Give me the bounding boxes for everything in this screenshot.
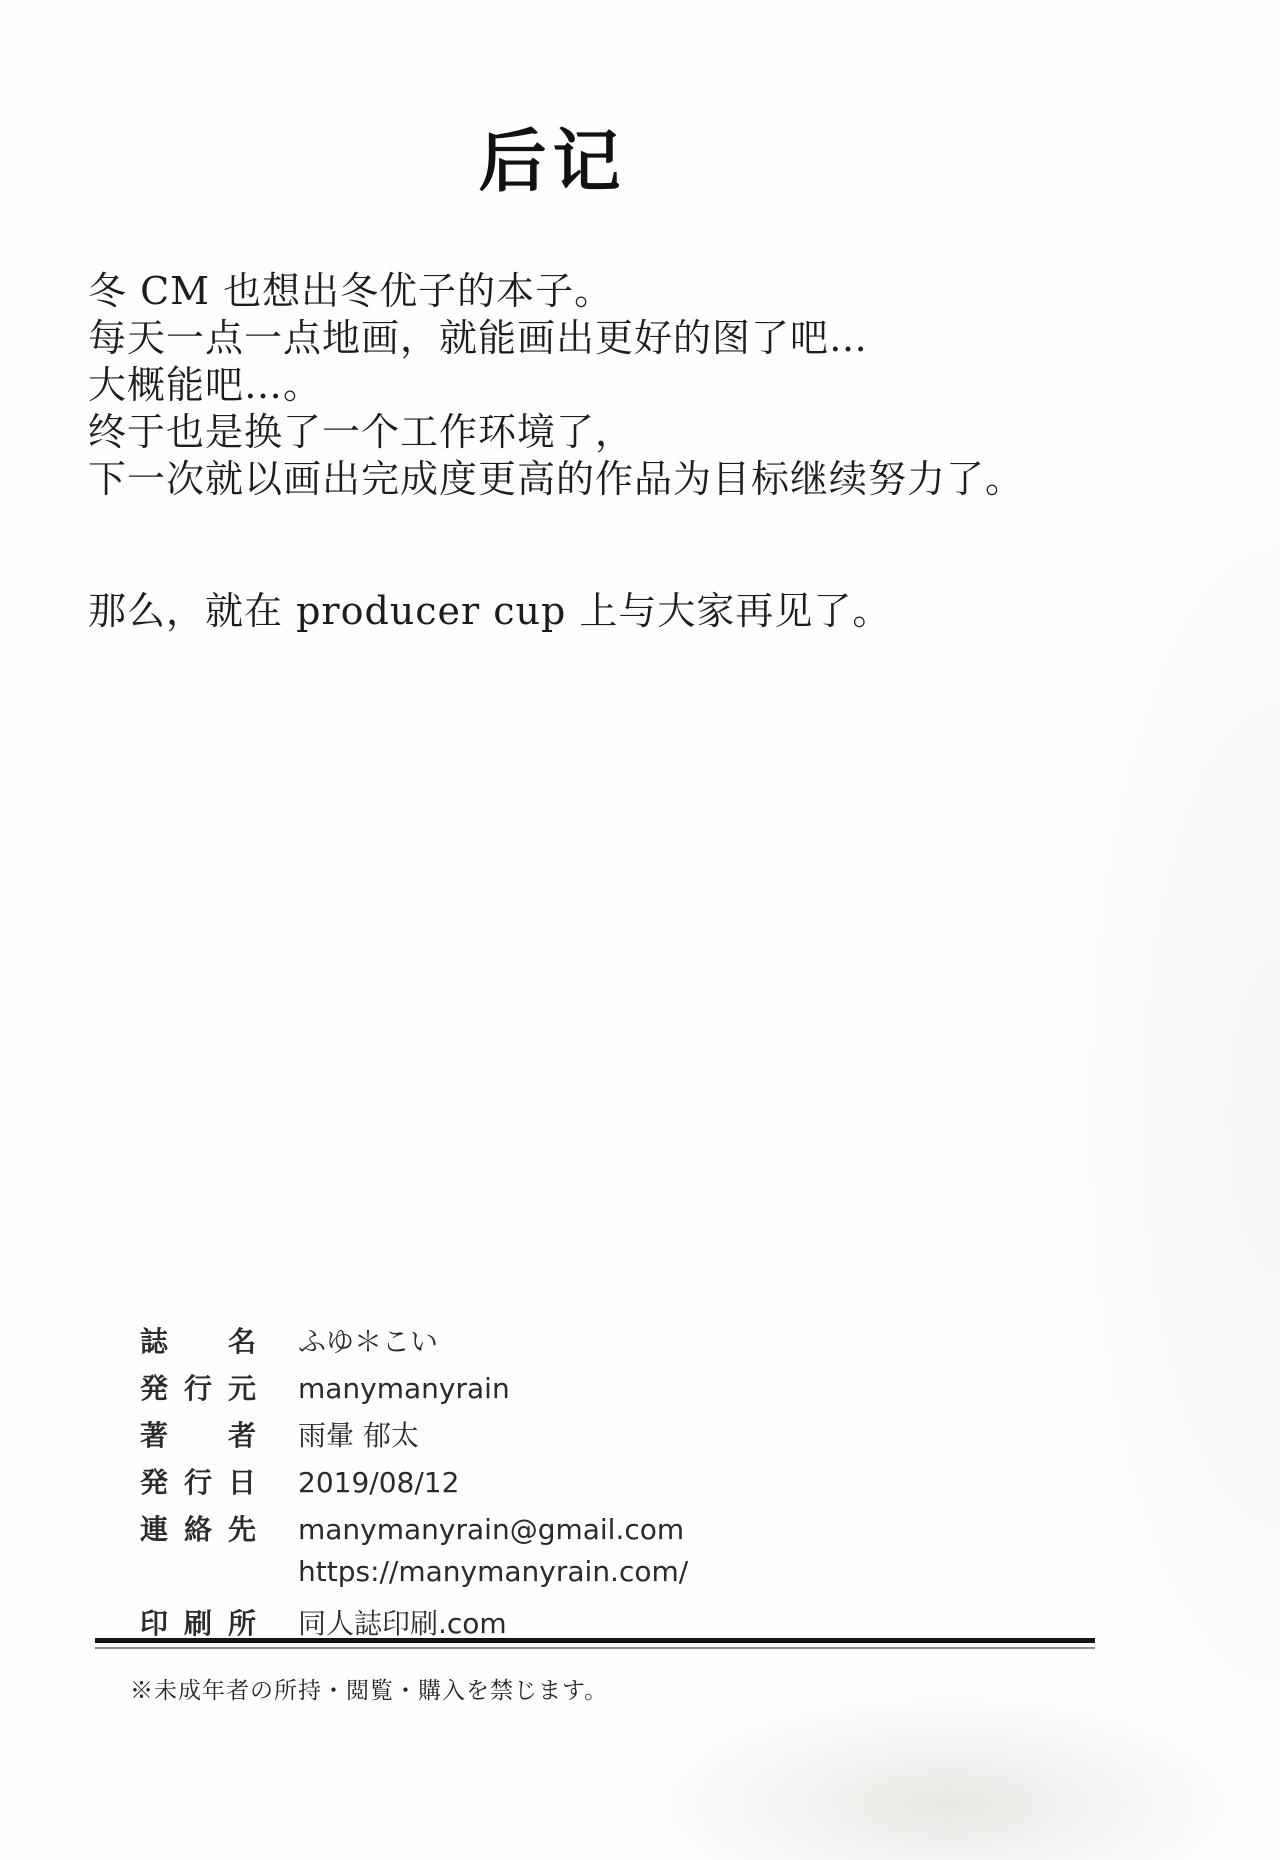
- colophon-value: 2019/08/12: [298, 1466, 459, 1499]
- colophon-value: https://manymanyrain.com/: [298, 1555, 688, 1588]
- colophon-label: 誌名: [140, 1320, 256, 1360]
- colophon-value: manymanyrain@gmail.com: [298, 1513, 684, 1546]
- colophon-row-author: 著者 雨暈 郁太: [140, 1414, 688, 1461]
- colophon-row-contact: 連絡先 manymanyrain@gmail.com: [140, 1508, 688, 1555]
- body-line: 每天一点一点地画，就能画出更好的图了吧…: [88, 315, 1208, 362]
- colophon-value: 同人誌印刷.com: [298, 1602, 507, 1642]
- colophon-value: ふゆ＊こい: [298, 1320, 438, 1360]
- colophon-label: 発行日: [140, 1461, 256, 1501]
- colophon-label: 著者: [140, 1414, 256, 1454]
- body-line: 大概能吧…。: [88, 362, 1208, 409]
- colophon-row-website: https://manymanyrain.com/: [140, 1555, 688, 1602]
- body-line: 终于也是换了一个工作环境了，: [88, 409, 1208, 456]
- body-line: 那么，就在 producer cup 上与大家再见了。: [88, 588, 1208, 635]
- colophon-row-title: 誌名 ふゆ＊こい: [140, 1320, 688, 1367]
- colophon-label: 連絡先: [140, 1508, 256, 1548]
- afterword-text: 冬 CM 也想出冬优子的本子。 每天一点一点地画，就能画出更好的图了吧… 大概能…: [88, 268, 1208, 635]
- body-line: 冬 CM 也想出冬优子的本子。: [88, 268, 1208, 315]
- colophon: 誌名 ふゆ＊こい 発行元 manymanyrain 著者 雨暈 郁太 発行日 2…: [140, 1320, 688, 1649]
- paragraph-1: 冬 CM 也想出冬优子的本子。 每天一点一点地画，就能画出更好的图了吧… 大概能…: [88, 268, 1208, 503]
- colophon-value: 雨暈 郁太: [298, 1414, 419, 1454]
- colophon-value: manymanyrain: [298, 1372, 510, 1405]
- footer-double-rule: [95, 1638, 1095, 1649]
- body-line: 下一次就以画出完成度更高的作品为目标继续努力了。: [88, 456, 1208, 503]
- afterword-page: { "afterword": { "title": "后记", "para1":…: [0, 0, 1280, 1860]
- age-restriction-note: ※未成年者の所持・閲覧・購入を禁じます。: [130, 1672, 608, 1705]
- paragraph-2: 那么，就在 producer cup 上与大家再见了。: [88, 588, 1208, 635]
- colophon-row-date: 発行日 2019/08/12: [140, 1461, 688, 1508]
- colophon-row-publisher: 発行元 manymanyrain: [140, 1367, 688, 1414]
- page-title: 后记: [0, 108, 1105, 205]
- colophon-label: 発行元: [140, 1367, 256, 1407]
- colophon-label: 印刷所: [140, 1602, 256, 1642]
